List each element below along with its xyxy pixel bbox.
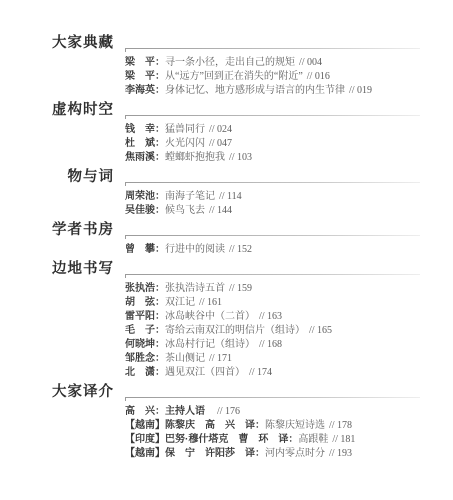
entry-author: 【印度】巴努·穆什塔克 曹 环 译： [125,434,298,445]
entry-page-number: // 174 [249,367,272,378]
section-rule [125,274,420,275]
entry-author: 梁 平： [125,71,165,82]
entry-page-number: // 159 [229,283,252,294]
section-header: 大家译介 [50,385,420,400]
entry-page-number: // 152 [229,244,252,255]
entry-author: 毛 子： [125,325,165,336]
toc-section: 大家典藏梁 平：寻一条小径，走出自己的规矩// 004梁 平：从“远方”回到正在… [50,36,420,98]
entry-author: 高 兴： [125,406,165,417]
entry-page-number: // 024 [209,124,232,135]
entry-author: 【越南】陈黎庆 高 兴 译： [125,420,265,431]
toc-section: 边地书写张执浩：张执浩诗五首// 159胡 弦：双江记// 161雷平阳：冰岛峡… [50,262,420,380]
toc-entry: 胡 弦：双江记// 161 [125,296,420,310]
section-header: 大家典藏 [50,36,420,51]
toc-entry: 高 兴：主持人语// 176 [125,405,420,419]
section-entries: 曾 攀：行进中的阅读// 152 [125,243,420,257]
entry-author: 周荣池： [125,191,165,202]
section-entries: 周荣池：南海子笔记// 114吴佳骏：候鸟飞去// 144 [125,190,420,218]
toc-entry: 吴佳骏：候鸟飞去// 144 [125,204,420,218]
entry-title: 寻一条小径，走出自己的规矩 [165,57,295,68]
section-title: 边地书写 [50,262,114,277]
entry-title: 从“远方”回到正在消失的“附近” [165,71,303,82]
toc-entry: 梁 平：寻一条小径，走出自己的规矩// 004 [125,56,420,70]
entry-author: 焦雨溪： [125,152,165,163]
entry-page-number: // 103 [229,152,252,163]
section-header: 边地书写 [50,262,420,277]
section-rule [125,115,420,116]
toc-entry: 周荣池：南海子笔记// 114 [125,190,420,204]
toc-entry: 【越南】保 宁 许阳莎 译：河内零点时分// 193 [125,447,420,461]
entry-title: 螳螂虾抱抱我 [165,152,225,163]
entry-page-number: // 168 [259,339,282,350]
entry-page-number: // 004 [299,57,322,68]
entry-title: 冰岛峡谷中（二首） [165,311,255,322]
section-title: 大家译介 [50,385,114,400]
entry-page-number: // 114 [219,191,242,202]
entry-title: 候鸟飞去 [165,205,205,216]
entry-author: 杜 斌： [125,138,165,149]
entry-title: 河内零点时分 [265,448,325,459]
entry-page-number: // 176 [217,406,240,417]
entry-title: 火光闪闪 [165,138,205,149]
toc-section: 物与词周荣池：南海子笔记// 114吴佳骏：候鸟飞去// 144 [50,170,420,218]
entry-author: 【越南】保 宁 许阳莎 译： [125,448,265,459]
entry-page-number: // 165 [309,325,332,336]
section-entries: 张执浩：张执浩诗五首// 159胡 弦：双江记// 161雷平阳：冰岛峡谷中（二… [125,282,420,380]
entry-title: 陈黎庆短诗选 [265,420,325,431]
entry-page-number: // 161 [199,297,222,308]
entry-author: 吴佳骏： [125,205,165,216]
toc-entry: 雷平阳：冰岛峡谷中（二首）// 163 [125,310,420,324]
section-header: 虚构时空 [50,103,420,118]
toc-entry: 【印度】巴努·穆什塔克 曹 环 译：高跟鞋// 181 [125,433,420,447]
section-rule [125,48,420,49]
toc-section: 虚构时空钱 幸：猛兽同行// 024杜 斌：火光闪闪// 047焦雨溪：螳螂虾抱… [50,103,420,165]
toc-entry: 何晓坤：冰岛村行记（组诗）// 168 [125,338,420,352]
toc-entry: 毛 子：寄给云南双江的明信片（组诗）// 165 [125,324,420,338]
entry-author: 李海英： [125,85,165,96]
entry-page-number: // 181 [332,434,355,445]
toc-section: 学者书房曾 攀：行进中的阅读// 152 [50,223,420,257]
toc-entry: 梁 平：从“远方”回到正在消失的“附近”// 016 [125,70,420,84]
entry-title: 冰岛村行记（组诗） [165,339,255,350]
entry-title: 行进中的阅读 [165,244,225,255]
entry-title: 双江记 [165,297,195,308]
entry-author: 张执浩： [125,283,165,294]
toc-page: 大家典藏梁 平：寻一条小径，走出自己的规矩// 004梁 平：从“远方”回到正在… [0,0,453,500]
entry-page-number: // 193 [329,448,352,459]
entry-author: 北 潇： [125,367,165,378]
entry-page-number: // 047 [209,138,232,149]
toc-section: 大家译介高 兴：主持人语// 176【越南】陈黎庆 高 兴 译：陈黎庆短诗选//… [50,385,420,461]
entry-page-number: // 171 [209,353,232,364]
entry-page-number: // 019 [349,85,372,96]
section-entries: 钱 幸：猛兽同行// 024杜 斌：火光闪闪// 047焦雨溪：螳螂虾抱抱我//… [125,123,420,165]
section-title: 学者书房 [50,223,114,238]
section-rule [125,397,420,398]
toc-entry: 杜 斌：火光闪闪// 047 [125,137,420,151]
toc-entry: 焦雨溪：螳螂虾抱抱我// 103 [125,151,420,165]
section-header: 学者书房 [50,223,420,238]
entry-page-number: // 178 [329,420,352,431]
toc-entry: 曾 攀：行进中的阅读// 152 [125,243,420,257]
section-title: 大家典藏 [50,36,114,51]
section-rule [125,235,420,236]
section-header: 物与词 [50,170,420,185]
toc-entry: 钱 幸：猛兽同行// 024 [125,123,420,137]
toc-entry: 邹胜念：茶山侧记// 171 [125,352,420,366]
entry-title: 身体记忆、地方感形成与语言的内生节律 [165,85,345,96]
entry-title: 寄给云南双江的明信片（组诗） [165,325,305,336]
entry-page-number: // 163 [259,311,282,322]
section-entries: 高 兴：主持人语// 176【越南】陈黎庆 高 兴 译：陈黎庆短诗选// 178… [125,405,420,461]
entry-author: 邹胜念： [125,353,165,364]
entry-title: 茶山侧记 [165,353,205,364]
entry-author: 曾 攀： [125,244,165,255]
toc-entry: 北 潇：遇见双江（四首）// 174 [125,366,420,380]
toc-sections: 大家典藏梁 平：寻一条小径，走出自己的规矩// 004梁 平：从“远方”回到正在… [50,36,420,461]
entry-author: 梁 平： [125,57,165,68]
toc-entry: 张执浩：张执浩诗五首// 159 [125,282,420,296]
entry-title: 遇见双江（四首） [165,367,245,378]
entry-page-number: // 016 [307,71,330,82]
entry-page-number: // 144 [209,205,232,216]
toc-entry: 【越南】陈黎庆 高 兴 译：陈黎庆短诗选// 178 [125,419,420,433]
entry-title: 猛兽同行 [165,124,205,135]
section-entries: 梁 平：寻一条小径，走出自己的规矩// 004梁 平：从“远方”回到正在消失的“… [125,56,420,98]
entry-title: 高跟鞋 [298,434,328,445]
entry-title: 张执浩诗五首 [165,283,225,294]
entry-author: 胡 弦： [125,297,165,308]
entry-author: 雷平阳： [125,311,165,322]
entry-title: 南海子笔记 [165,191,215,202]
section-rule [125,182,420,183]
toc-entry: 李海英：身体记忆、地方感形成与语言的内生节律// 019 [125,84,420,98]
section-title: 物与词 [50,170,114,185]
entry-author: 何晓坤： [125,339,165,350]
entry-author: 钱 幸： [125,124,165,135]
section-title: 虚构时空 [50,103,114,118]
entry-title: 主持人语 [165,406,205,417]
